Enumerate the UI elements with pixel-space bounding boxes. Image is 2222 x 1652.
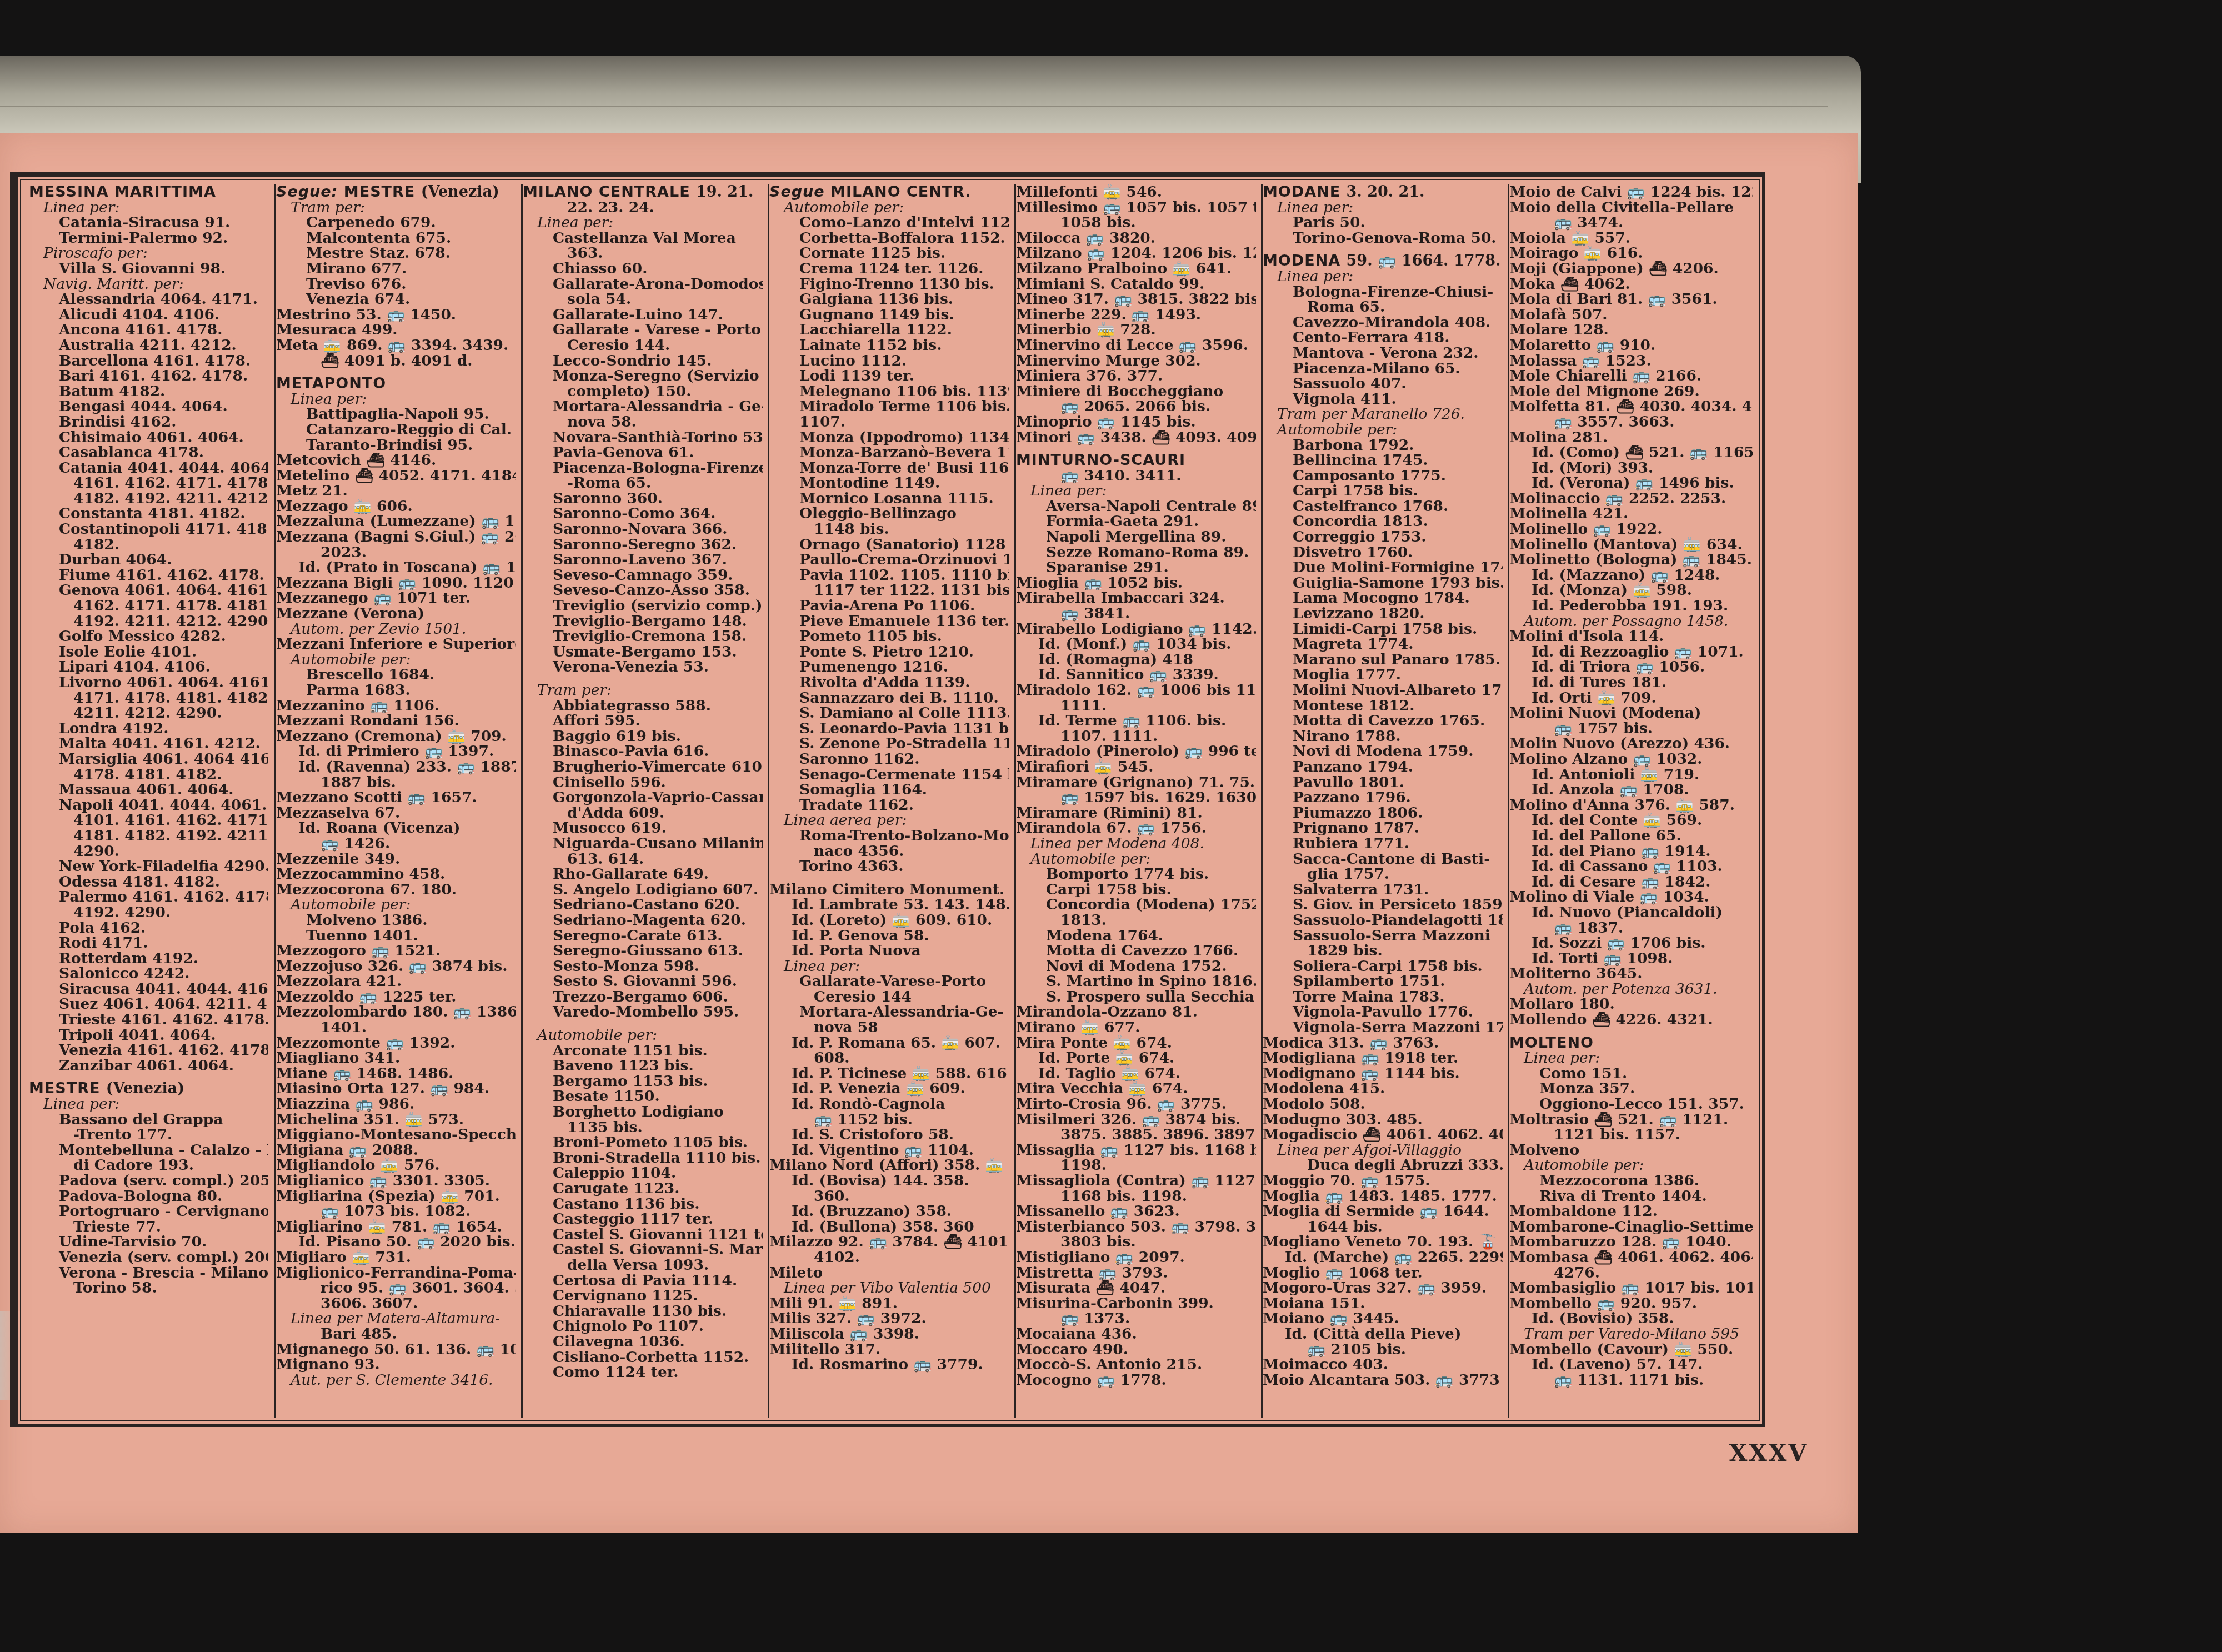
destination-line: Montese 1812.	[1263, 698, 1503, 714]
sub-entry: Id. (Laveno) 57. 147.	[1509, 1357, 1753, 1373]
sub-entry: Id. Pisano 50. 🚌 2020 bis.	[276, 1234, 516, 1250]
sub-entry: Id. Pederobba 191. 193.	[1509, 598, 1753, 614]
index-entry: Mezzana (Bagni S.Giul.) 🚌 2020.	[276, 529, 516, 545]
continuation-line: della Versa 1093.	[523, 1258, 763, 1273]
index-entry: Mesuraca 499.	[276, 322, 516, 338]
index-entry: Mocaiana 436.	[1016, 1326, 1256, 1342]
continuation-line: 4182. 4192. 4211. 4212.	[29, 491, 268, 507]
index-entry: Mirto-Crosia 96. 🚌 3775.	[1016, 1097, 1256, 1112]
destination-line: Monza-Barzanò-Bevera 1130	[769, 445, 1009, 460]
destination-line: Carpenedo 679.	[276, 215, 516, 231]
index-entry: Moka ⛴ 4062.	[1509, 277, 1753, 292]
sub-entry: Id. Roana (Vicenza)	[276, 820, 516, 836]
index-entry: Miagliano 341.	[276, 1050, 516, 1066]
index-entry: Mezzago 🚋 606.	[276, 499, 516, 514]
index-entry: Mezzogoro 🚌 1521.	[276, 943, 516, 959]
destination-line: Modena 1764.	[1016, 928, 1256, 944]
destination-line: Padova-Bologna 80.	[29, 1189, 268, 1204]
destination-line: Sassuolo 407.	[1263, 376, 1503, 392]
destination-line: Malcontenta 675.	[276, 231, 516, 246]
sub-entry: Id. (Prato in Toscana) 🚌 1897	[276, 560, 516, 575]
destination-line: Bomporto 1774 bis.	[1016, 867, 1256, 882]
index-entry: Miramare (Rimini) 81.	[1016, 805, 1256, 821]
destination-line: Cinisello 596.	[523, 775, 763, 790]
index-entry: Mezzojuso 326. 🚌 3874 bis.	[276, 959, 516, 974]
destination-line: Lacchiarella 1122.	[769, 322, 1009, 338]
destination-line: Golfo Messico 4282.	[29, 629, 268, 644]
destination-line: Alicudi 4104. 4106.	[29, 307, 268, 323]
sub-entry: Id. Nuovo (Piancaldoli)	[1509, 905, 1753, 920]
continuation-line: 4192. 4290.	[29, 905, 268, 920]
index-entry: Molfetta 81. ⛴ 4030. 4034. 4162.	[1509, 399, 1753, 414]
destination-line: Sesto S. Giovanni 596.	[523, 974, 763, 989]
heading-subtext: 59. 🚌 1664. 1778.	[1347, 253, 1501, 269]
index-entry: Milzano Pralboino 🚋 641.	[1016, 261, 1256, 277]
index-entry: Mimiani S. Cataldo 99.	[1016, 277, 1256, 292]
destination-line: Besate 1150.	[523, 1089, 763, 1104]
index-entry: Molassa 🚌 1523.	[1509, 353, 1753, 369]
index-entry: Mirandola 67. 🚌 1756.	[1016, 820, 1256, 836]
sub-entry: Id. (Mori) 393.	[1509, 460, 1753, 476]
destination-line: Bengasi 4044. 4064.	[29, 399, 268, 414]
destination-line: Lipari 4104. 4106.	[29, 659, 268, 675]
continuation-line: nova 58	[769, 1020, 1009, 1035]
continuation-line: -Trento 177.	[29, 1127, 268, 1143]
destination-line: Roma-Trento-Bolzano-Mo-	[769, 828, 1009, 844]
transport-category: Automobile per:	[523, 1028, 763, 1043]
destination-line: Brindisi 4162.	[29, 414, 268, 430]
index-entry: Mollaro 180.	[1509, 997, 1753, 1012]
destination-line: Niguarda-Cusano Milanino	[523, 836, 763, 852]
index-entry: Mirafiori 🚋 545.	[1016, 759, 1256, 775]
spacer	[276, 368, 516, 376]
transport-category: Linea per:	[29, 1097, 268, 1112]
index-entry: Molino Alzano 🚌 1032.	[1509, 752, 1753, 767]
destination-line: Broni-Stradella 1110 bis.	[523, 1150, 763, 1166]
sub-entry: Id. P. Ticinese 🚋 588. 616	[769, 1066, 1009, 1082]
destination-line: Sassuolo-Serra Mazzoni	[1263, 928, 1503, 944]
index-entry: Millesimo 🚌 1057 bis. 1057 ter.	[1016, 200, 1256, 216]
destination-line: Panzano 1794.	[1263, 759, 1503, 775]
sub-entry: Id. S. Cristoforo 58.	[769, 1127, 1009, 1143]
continuation-line: 🚌 1131. 1171 bis.	[1509, 1373, 1753, 1388]
index-entry: Miradolo 162. 🚌 1006 bis 1107.	[1016, 683, 1256, 698]
destination-line: Aversa-Napoli Centrale 89.	[1016, 499, 1256, 514]
destination-line: Sedriano-Castano 620.	[523, 897, 763, 913]
index-entry: Miglionico-Ferrandina-Poma-	[276, 1265, 516, 1281]
destination-line: Paullo-Crema-Orzinuovi 1126.	[769, 552, 1009, 568]
destination-line: Massaua 4061. 4064.	[29, 782, 268, 798]
destination-line: Ornago (Sanatorio) 1128 bis	[769, 537, 1009, 553]
continuation-line: 🚌 1426.	[276, 836, 516, 852]
index-entry: Mezzane (Verona)	[276, 606, 516, 622]
destination-line: Carpi 1758 bis.	[1263, 483, 1503, 499]
destination-line: Castel S. Giovanni 1121 ter.	[523, 1227, 763, 1243]
destination-line: Venezia (serv. compl.) 206.	[29, 1250, 268, 1265]
index-entry: Missanello 🚌 3623.	[1016, 1204, 1256, 1219]
index-entry: Migliaro 🚋 731.	[276, 1250, 516, 1265]
destination-line: Treviglio-Bergamo 148.	[523, 614, 763, 629]
index-entry: Miniere di Boccheggiano	[1016, 384, 1256, 399]
destination-line: Monza-Torre de' Busi 1165	[769, 460, 1009, 476]
index-entry: Milocca 🚌 3820.	[1016, 231, 1256, 246]
continuation-line: 4290.	[29, 844, 268, 859]
destination-line: Pavia-Genova 61.	[523, 445, 763, 460]
index-entry: Moiana 151.	[1263, 1296, 1503, 1311]
index-entry: Minerbe 229. 🚌 1493.	[1016, 307, 1256, 323]
index-entry: Moglio 🚌 1068 ter.	[1263, 1265, 1503, 1281]
destination-line: Seveso-Camnago 359.	[523, 568, 763, 583]
destination-line: Udine-Tarvisio 70.	[29, 1234, 268, 1250]
index-entry: Molinello 🚌 1922.	[1509, 522, 1753, 537]
destination-line: Portogruaro - Cervignano-	[29, 1204, 268, 1219]
index-entry: Minoprio 🚌 1145 bis.	[1016, 414, 1256, 430]
index-entry: Mezzolara 421.	[276, 974, 516, 989]
destination-line: Musocco 619.	[523, 820, 763, 836]
transport-category: Linea per Afgoi-Villaggio	[1263, 1143, 1503, 1158]
continuation-line: 2023.	[276, 545, 516, 560]
index-entry: Mirandola-Ozzano 81.	[1016, 1004, 1256, 1020]
continuation-line: 3606. 3607.	[276, 1296, 516, 1311]
destination-line: Arconate 1151 bis.	[523, 1043, 763, 1059]
heading-text: MESSINA MARITTIMA	[29, 184, 216, 200]
destination-line: Molini Nuovi-Albareto 1757 bis	[1263, 683, 1503, 698]
destination-line: S. Zenone Po-Stradella 1116.	[769, 736, 1009, 752]
continuation-line: 1829 bis.	[1263, 943, 1503, 959]
destination-line: Baggio 619 bis.	[523, 729, 763, 744]
continuation-line: rico 95. 🚌 3601. 3604. 3605.	[276, 1280, 516, 1296]
destination-line: Torino 4363.	[769, 859, 1009, 874]
continuation-line: 🚌 1152 bis.	[769, 1112, 1009, 1128]
destination-line: Monza 357.	[1509, 1081, 1753, 1097]
destination-line: Castellanza Val Morea	[523, 231, 763, 246]
spacer	[1509, 1028, 1753, 1035]
transport-category: Automobile per:	[1263, 422, 1503, 438]
section-heading: MINTURNO-SCAURI	[1016, 453, 1256, 468]
continuation-line: 🚌 2105 bis.	[1263, 1342, 1503, 1358]
destination-line: Correggio 1753.	[1263, 529, 1503, 545]
destination-line: Como 1124 ter.	[523, 1365, 763, 1380]
destination-line: Torino-Genova-Roma 50.	[1263, 231, 1503, 246]
continuation-line: ⛴ 4091 b. 4091 d.	[276, 353, 516, 369]
index-entry: Mistigliano 🚌 2097.	[1016, 1250, 1256, 1265]
destination-line: Batum 4182.	[29, 384, 268, 399]
continuation-line: naco 4356.	[769, 844, 1009, 859]
destination-line: Lecco-Sondrio 145.	[523, 353, 763, 369]
section-heading: MESTRE (Venezia)	[29, 1081, 268, 1097]
section-heading: MOLTENO	[1509, 1035, 1753, 1051]
index-entry: Mezzolombardo 180. 🚌 1386.	[276, 1004, 516, 1020]
sub-entry: Id. P. Venezia 🚋 609.	[769, 1081, 1009, 1097]
destination-line: Riva di Trento 1404.	[1509, 1189, 1753, 1204]
index-entry: Mezzanino 🚌 1106.	[276, 698, 516, 714]
destination-line: Treviglio-Cremona 158.	[523, 629, 763, 644]
destination-line: Pazzano 1796.	[1263, 790, 1503, 805]
destination-line: Chisimaio 4061. 4064.	[29, 430, 268, 445]
destination-line: Guiglia-Samone 1793 bis.	[1263, 575, 1503, 591]
spacer	[769, 874, 1009, 882]
index-entry: Milzano 🚌 1204. 1206 bis. 1245	[1016, 246, 1256, 261]
continuation-line: 4192. 4211. 4212. 4290.	[29, 614, 268, 629]
index-entry: Mira Ponte 🚋 674.	[1016, 1035, 1256, 1051]
destination-line: Rodi 4171.	[29, 935, 268, 951]
destination-line: Caleppio 1104.	[523, 1165, 763, 1181]
destination-line: Zanzibar 4061. 4064.	[29, 1058, 268, 1074]
section-heading: MODENA 59. 🚌 1664. 1778.	[1263, 253, 1503, 269]
index-entry: Mombaruzzo 128. 🚌 1040.	[1509, 1234, 1753, 1250]
continuation-line: 22. 23. 24.	[523, 200, 763, 216]
heading-text: MILANO CENTR.	[830, 184, 972, 200]
index-entry: Mogliano Veneto 70. 193. 🚡 676.	[1263, 1234, 1503, 1250]
continuation-line: 1813.	[1016, 913, 1256, 928]
transport-category: Linea per:	[769, 959, 1009, 974]
destination-line: Rotterdam 4192.	[29, 951, 268, 967]
index-entry: Molinaccio 🚌 2252. 2253.	[1509, 491, 1753, 507]
index-entry: Molaretto 🚌 910.	[1509, 338, 1753, 353]
destination-line: Torre Maina 1783.	[1263, 989, 1503, 1005]
destination-line: Palermo 4161. 4162. 4178.	[29, 889, 268, 905]
destination-line: Australia 4211. 4212.	[29, 338, 268, 353]
continuation-line: nova 58.	[523, 414, 763, 430]
index-entry: Minervino Murge 302.	[1016, 353, 1256, 369]
destination-line: Sassuolo-Piandelagotti 1804.	[1263, 913, 1503, 928]
sub-entry: Id. (Marche) 🚌 2265. 2299	[1263, 1250, 1503, 1265]
index-column-1: MESSINA MARITTIMALinea per:Catania-Sirac…	[29, 184, 268, 1418]
index-entry: Molina 281.	[1509, 430, 1753, 445]
destination-line: Treviso 676.	[276, 277, 516, 292]
index-entry: Millefonti 🚋 546.	[1016, 184, 1256, 200]
destination-line: Costantinopoli 4171. 4181.	[29, 522, 268, 537]
continuation-line: 4101. 4161. 4162. 4171. 4178.	[29, 813, 268, 828]
sub-entry: Id. (Romagna) 418	[1016, 652, 1256, 668]
destination-line: Sannazzaro dei B. 1110.	[769, 690, 1009, 706]
continuation-line: 4162. 4171. 4178. 4181. 4182.	[29, 598, 268, 614]
index-entry: Miliscola 🚌 3398.	[769, 1326, 1009, 1342]
destination-line: Saronno 360.	[523, 491, 763, 507]
transport-category: Automobile per:	[276, 652, 516, 668]
destination-line: Magreta 1774.	[1263, 637, 1503, 652]
destination-line: Camposanto 1775.	[1263, 468, 1503, 484]
continuation-line: 🚌 1373.	[1016, 1311, 1256, 1326]
index-entry: Mezzocammino 458.	[276, 867, 516, 882]
index-entry: Mileto	[769, 1265, 1009, 1281]
index-entry: Mogadiscio ⛴ 4061. 4062. 4064. 4215	[1263, 1127, 1503, 1143]
destination-line: Bergamo 1153 bis.	[523, 1074, 763, 1089]
destination-line: Carpi 1758 bis.	[1016, 882, 1256, 898]
index-entry: Molino di Viale 🚌 1034.	[1509, 889, 1753, 905]
destination-line: Broni-Pometo 1105 bis.	[523, 1135, 763, 1150]
destination-line: Usmate-Bergamo 153.	[523, 644, 763, 660]
index-entry: Mezzenile 349.	[276, 852, 516, 867]
destination-line: Malta 4041. 4161. 4212.	[29, 736, 268, 752]
continuation-line: 4171. 4178. 4181. 4182. 4192.	[29, 690, 268, 706]
heading-text: MINTURNO-SCAURI	[1016, 453, 1185, 468]
heading-text: MOLTENO	[1509, 1035, 1594, 1051]
destination-line: Alessandria 4064. 4171.	[29, 292, 268, 307]
index-entry: Moio de Calvi 🚌 1224 bis. 1225.	[1509, 184, 1753, 200]
destination-line: Novi di Modena 1759.	[1263, 744, 1503, 759]
destination-line: Gallarate-Varese-Porto	[769, 974, 1009, 989]
transport-category: Linea per:	[276, 392, 516, 407]
destination-line: Gorgonzola-Vaprio-Cassano	[523, 790, 763, 805]
segue-label: Segue	[769, 184, 825, 200]
sub-entry: Id. di Cassano 🚌 1103.	[1509, 859, 1753, 874]
sub-entry: Id. Torti 🚌 1098.	[1509, 951, 1753, 967]
sub-entry: Id. (Ravenna) 233. 🚌 1887	[276, 759, 516, 775]
transport-category: Piroscafo per:	[29, 246, 268, 261]
continuation-line: -Roma 65.	[523, 475, 763, 491]
index-entry: Misterbianco 503. 🚌 3798. 3802.	[1016, 1219, 1256, 1235]
destination-line: Lucino 1112.	[769, 353, 1009, 369]
destination-line: S. Damiano al Colle 1113.	[769, 705, 1009, 721]
transport-category: Navig. Maritt. per:	[29, 277, 268, 292]
continuation-line: Trieste 77.	[29, 1219, 268, 1235]
destination-line: Brugherio-Vimercate 610.	[523, 759, 763, 775]
index-entry: Misilmeri 326. 🚌 3874 bis.	[1016, 1112, 1256, 1128]
destination-line: Varedo-Mombello 595.	[523, 1004, 763, 1020]
transport-category: Automobile per:	[769, 200, 1009, 216]
index-entry: Mestrino 53. 🚌 1450.	[276, 307, 516, 323]
destination-line: Sedriano-Magenta 620.	[523, 913, 763, 928]
index-column-3: MILANO CENTRALE 19. 21.22. 23. 24.Linea …	[521, 184, 763, 1418]
destination-line: Verona-Venezia 53.	[523, 659, 763, 675]
destination-line: Padova (serv. compl.) 205.	[29, 1173, 268, 1189]
destination-line: Sezze Romano-Roma 89.	[1016, 545, 1256, 560]
destination-line: Saronno-Como 364.	[523, 506, 763, 522]
index-entry: Mollendo ⛴ 4226. 4321.	[1509, 1012, 1753, 1028]
destination-line: Ancona 4161. 4178.	[29, 322, 268, 338]
destination-line: Novara-Santhià-Torino 53.	[523, 430, 763, 445]
continuation-line: 3875. 3885. 3896. 3897. 3901.	[1016, 1127, 1256, 1143]
destination-line: Como 151.	[1509, 1066, 1753, 1082]
destination-line: Figino-Trenno 1130 bis.	[769, 277, 1009, 292]
destination-line: Barcellona 4161. 4178.	[29, 353, 268, 369]
section-heading: Segue: MESTRE (Venezia)	[276, 184, 516, 200]
destination-line: Gallarate - Varese - Porto	[523, 322, 763, 338]
index-entry: Moltrasio ⛴ 521. 🚌 1121.	[1509, 1112, 1753, 1128]
destination-line: Vignola 411.	[1263, 392, 1503, 407]
continuation-line: Bari 485.	[276, 1326, 516, 1342]
destination-line: Corbetta-Boffalora 1152.	[769, 231, 1009, 246]
index-entry: Moirago 🚋 616.	[1509, 246, 1753, 261]
continuation-line: 1168 bis. 1198.	[1016, 1189, 1256, 1204]
destination-line: Rivolta d'Adda 1139.	[769, 675, 1009, 690]
destination-line: Barbona 1792.	[1263, 438, 1503, 453]
sub-entry: Id. del Conte 🚋 569.	[1509, 813, 1753, 828]
destination-line: S. Leonardo-Pavia 1131 bis.	[769, 721, 1009, 737]
destination-line: Tuenno 1401.	[276, 928, 516, 944]
sub-entry: Id. del Pallone 65.	[1509, 828, 1753, 844]
sub-entry: Id. Lambrate 53. 143. 148. 158	[769, 897, 1009, 913]
destination-line: Gugnano 1149 bis.	[769, 307, 1009, 323]
index-entry: Mira Vecchia 🚋 674.	[1016, 1081, 1256, 1097]
transport-category: Tram per:	[523, 683, 763, 698]
destination-line: Spilamberto 1751.	[1263, 974, 1503, 989]
heading-text: METAPONTO	[276, 376, 386, 392]
index-entry: Mioglia 🚌 1052 bis.	[1016, 575, 1256, 591]
continuation-line: 1107. 1111.	[1016, 729, 1256, 744]
destination-line: Due Molini-Formigine 1744.	[1263, 560, 1503, 575]
destination-line: Montebelluna - Calalzo - Pieve	[29, 1143, 268, 1158]
destination-line: Oleggio-Bellinzago	[769, 506, 1009, 522]
index-entry: Moggio 70. 🚌 1575.	[1263, 1173, 1503, 1189]
index-column-2: Segue: MESTRE (Venezia)Tram per:Carpened…	[274, 184, 516, 1418]
destination-line: Catanzaro-Reggio di Cal. 96	[276, 422, 516, 438]
destination-line: Suez 4061. 4064. 4211. 4212.	[29, 997, 268, 1012]
transport-category: Linea aerea per:	[769, 813, 1009, 828]
continuation-line: 4182.	[29, 537, 268, 553]
index-entry: Migliarina (Spezia) 🚋 701.	[276, 1189, 516, 1204]
continuation-line: 1135 bis.	[523, 1120, 763, 1135]
destination-line: Mortara-Alessandria-Ge-	[769, 1004, 1009, 1020]
index-entry: Mezzaselva 67.	[276, 805, 516, 821]
sub-entry: Id. del Piano 🚌 1914.	[1509, 844, 1753, 859]
index-entry: Mombarone-Cinaglio-Settime 119.	[1509, 1219, 1753, 1235]
destination-line: Seregno-Carate 613.	[523, 928, 763, 944]
index-entry: Moiano 🚌 3445.	[1263, 1311, 1503, 1326]
continuation-line: 608.	[769, 1050, 1009, 1066]
index-entry: Mezzano (Cremona) 🚋 709.	[276, 729, 516, 744]
index-entry: Moglia 🚌 1483. 1485. 1777.	[1263, 1189, 1503, 1204]
sub-entry: Id. Porta Nuova	[769, 943, 1009, 959]
index-entry: Mezzocorona 67. 180.	[276, 882, 516, 898]
continuation-line: d'Adda 609.	[523, 805, 763, 821]
index-entry: Moimacco 403.	[1263, 1357, 1503, 1373]
destination-line: Catania-Siracusa 91.	[29, 215, 268, 231]
heading-subtext: (Venezia)	[421, 184, 499, 200]
sub-entry: Id. Antonioli 🚋 719.	[1509, 767, 1753, 783]
destination-line: Soliera-Carpi 1758 bis.	[1263, 959, 1503, 974]
index-entry: Molinello (Mantova) 🚋 634.	[1509, 537, 1753, 553]
destination-line: Somaglia 1164.	[769, 782, 1009, 798]
continuation-line: 4102.	[769, 1250, 1009, 1265]
destination-line: Constanta 4181. 4182.	[29, 506, 268, 522]
index-entry: Moio della Civitella-Pellare	[1509, 200, 1753, 216]
index-entry: Mirabello Lodigiano 🚌 1142.	[1016, 622, 1256, 637]
destination-line: Novi di Modena 1752.	[1016, 959, 1256, 974]
destination-line: Rho-Gallarate 649.	[523, 867, 763, 882]
destination-line: Vignola-Pavullo 1776.	[1263, 1004, 1503, 1020]
destination-line: Baveno 1123 bis.	[523, 1058, 763, 1074]
destination-line: Piacenza-Milano 65.	[1263, 361, 1503, 377]
index-entry: Mombasa ⛴ 4061. 4062. 4064. 4215	[1509, 1250, 1753, 1265]
section-heading: MESSINA MARITTIMA	[29, 184, 268, 200]
index-entry: Migliarino 🚋 781. 🚌 1654.	[276, 1219, 516, 1235]
index-entry: Meta 🚋 869. 🚌 3394. 3439.	[276, 338, 516, 353]
destination-line: Brescello 1684.	[276, 667, 516, 683]
continuation-line: Ceresio 144	[769, 989, 1009, 1005]
index-entry: Moio Alcantara 503. 🚌 3773 bis	[1263, 1373, 1503, 1388]
index-entry: Miggiano-Montesano-Specchia 493.	[276, 1127, 516, 1143]
destination-line: Abbiategrasso 588.	[523, 698, 763, 714]
sub-entry: Id. (Bovisio) 358.	[1509, 1311, 1753, 1326]
index-entry: Moccaro 490.	[1016, 1342, 1256, 1358]
destination-line: Cisliano-Corbetta 1152.	[523, 1350, 763, 1365]
spacer	[1016, 445, 1256, 453]
continuation-line: 3803 bis.	[1016, 1234, 1256, 1250]
index-entry: Mezzana Bigli 🚌 1090. 1120 bis.	[276, 575, 516, 591]
sub-entry: Id. Porte 🚋 674.	[1016, 1050, 1256, 1066]
transport-category: Automobile per:	[276, 897, 516, 913]
index-entry: Mezzano Scotti 🚌 1657.	[276, 790, 516, 805]
index-entry: Modolena 415.	[1263, 1081, 1503, 1097]
destination-line: Catania 4041. 4044. 4064.	[29, 460, 268, 476]
destination-line: Castano 1136 bis.	[523, 1197, 763, 1212]
sub-entry: Id. di Rezzoaglio 🚌 1071.	[1509, 644, 1753, 660]
destination-line: Rubiera 1771.	[1263, 836, 1503, 852]
sub-entry: Id. (Monf.) 🚌 1034 bis.	[1016, 637, 1256, 652]
destination-line: Ponte S. Pietro 1210.	[769, 644, 1009, 660]
